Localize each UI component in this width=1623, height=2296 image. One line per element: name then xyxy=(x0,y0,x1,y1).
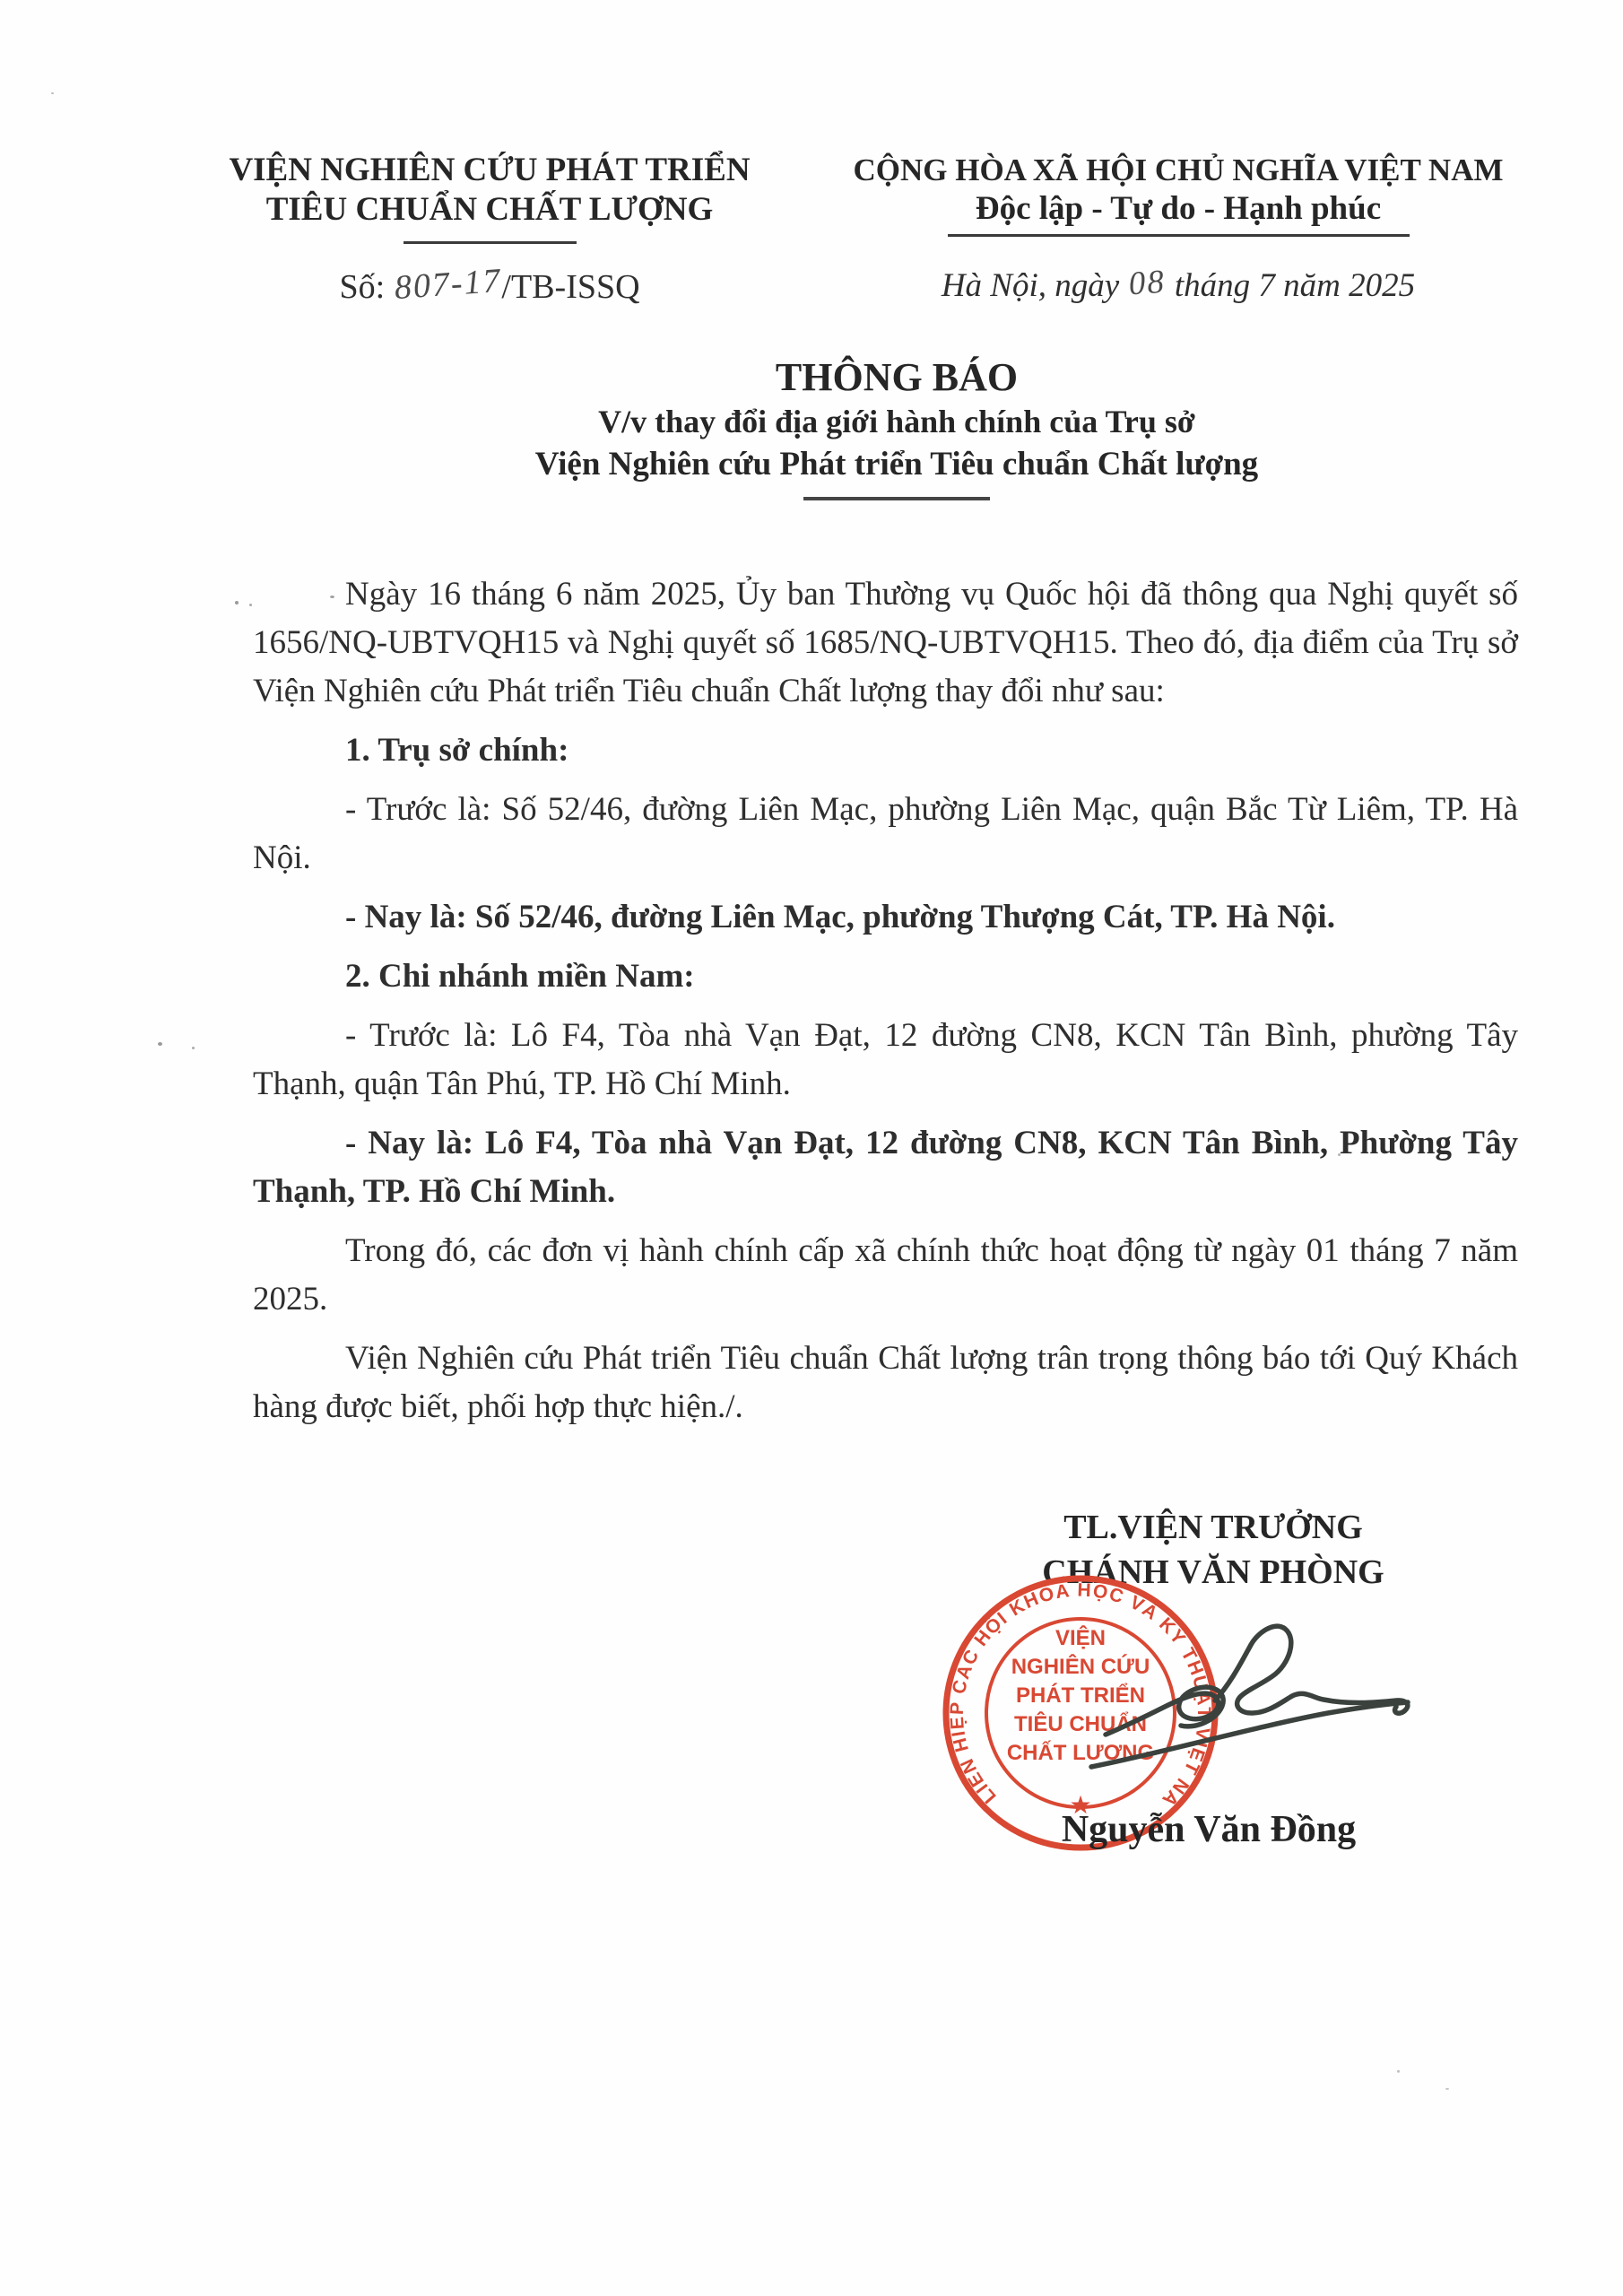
section1-before-address: - Trước là: Số 52/46, đường Liên Mạc, ph… xyxy=(253,786,1518,883)
org-name-line1: VIỆN NGHIÊN CỨU PHÁT TRIỂN xyxy=(170,151,809,190)
document-page: VIỆN NGHIÊN CỨU PHÁT TRIỂN TIÊU CHUẨN CH… xyxy=(0,0,1623,2296)
title-main: THÔNG BÁO xyxy=(179,355,1614,400)
paragraph-intro: Ngày 16 tháng 6 năm 2025, Ủy ban Thường … xyxy=(253,570,1518,716)
section2-before-address: - Trước là: Lô F4, Tòa nhà Vạn Đạt, 12 đ… xyxy=(253,1012,1518,1109)
section1-new-address: - Nay là: Số 52/46, đường Liên Mạc, phườ… xyxy=(253,893,1518,942)
document-number: Số:807-17/TB-ISSQ xyxy=(170,267,809,307)
scan-speck xyxy=(330,596,334,598)
scan-speck xyxy=(235,601,239,604)
place-date-line: Hà Nội, ngày08tháng 7 năm 2025 xyxy=(811,266,1546,305)
signature-stroke-main xyxy=(1106,1687,1223,1735)
date-handwritten: 08 xyxy=(1127,263,1167,304)
section2-new-address: - Nay là: Lô F4, Tòa nhà Vạn Đạt, 12 đườ… xyxy=(253,1119,1518,1216)
scan-speck xyxy=(1397,2070,1400,2073)
signature-authority-line: TL.VIỆN TRƯỞNG xyxy=(899,1505,1527,1550)
section2-heading: 2. Chi nhánh miền Nam: xyxy=(253,952,1518,1001)
scan-speck xyxy=(1338,1153,1341,1156)
scan-speck xyxy=(778,1040,782,1043)
org-underline xyxy=(404,241,577,244)
handwritten-signature xyxy=(1081,1614,1421,1803)
national-header-block: CỘNG HÒA XÃ HỘI CHỦ NGHĨA VIỆT NAM Độc l… xyxy=(811,151,1546,305)
org-name-line2: TIÊU CHUẨN CHẤT LƯỢNG xyxy=(170,190,809,230)
title-underline xyxy=(803,497,990,500)
national-line2: Độc lập - Tự do - Hạnh phúc xyxy=(811,190,1546,228)
scan-speck xyxy=(158,1042,162,1046)
national-line1: CỘNG HÒA XÃ HỘI CHỦ NGHĨA VIỆT NAM xyxy=(811,151,1546,190)
doc-number-handwritten: 807-17 xyxy=(393,261,502,308)
scan-speck xyxy=(192,1047,195,1049)
signature-stroke-loop xyxy=(1215,1626,1408,1713)
title-subject-line1: V/v thay đổi địa giới hành chính của Trụ… xyxy=(179,400,1614,443)
paragraph-effective-date: Trong đó, các đơn vị hành chính cấp xã c… xyxy=(253,1227,1518,1324)
paragraph-closing: Viện Nghiên cứu Phát triển Tiêu chuẩn Ch… xyxy=(253,1335,1518,1431)
issuing-org-block: VIỆN NGHIÊN CỨU PHÁT TRIỂN TIÊU CHUẨN CH… xyxy=(170,151,809,307)
date-prefix: Hà Nội, ngày xyxy=(942,267,1119,304)
document-body: Ngày 16 tháng 6 năm 2025, Ủy ban Thường … xyxy=(253,570,1518,1442)
scan-speck xyxy=(249,604,252,606)
title-subject-line2: Viện Nghiên cứu Phát triển Tiêu chuẩn Ch… xyxy=(179,443,1614,486)
scan-speck xyxy=(1445,2088,1449,2090)
scan-speck xyxy=(51,92,54,94)
signer-name: Nguyễn Văn Đồng xyxy=(940,1808,1478,1851)
section1-heading: 1. Trụ sở chính: xyxy=(253,726,1518,775)
doc-number-suffix: /TB-ISSQ xyxy=(501,268,639,306)
motto-underline xyxy=(948,234,1410,237)
document-title-block: THÔNG BÁO V/v thay đổi địa giới hành chí… xyxy=(179,355,1614,500)
doc-number-label: Số: xyxy=(339,268,385,306)
date-suffix: tháng 7 năm 2025 xyxy=(1175,267,1415,304)
